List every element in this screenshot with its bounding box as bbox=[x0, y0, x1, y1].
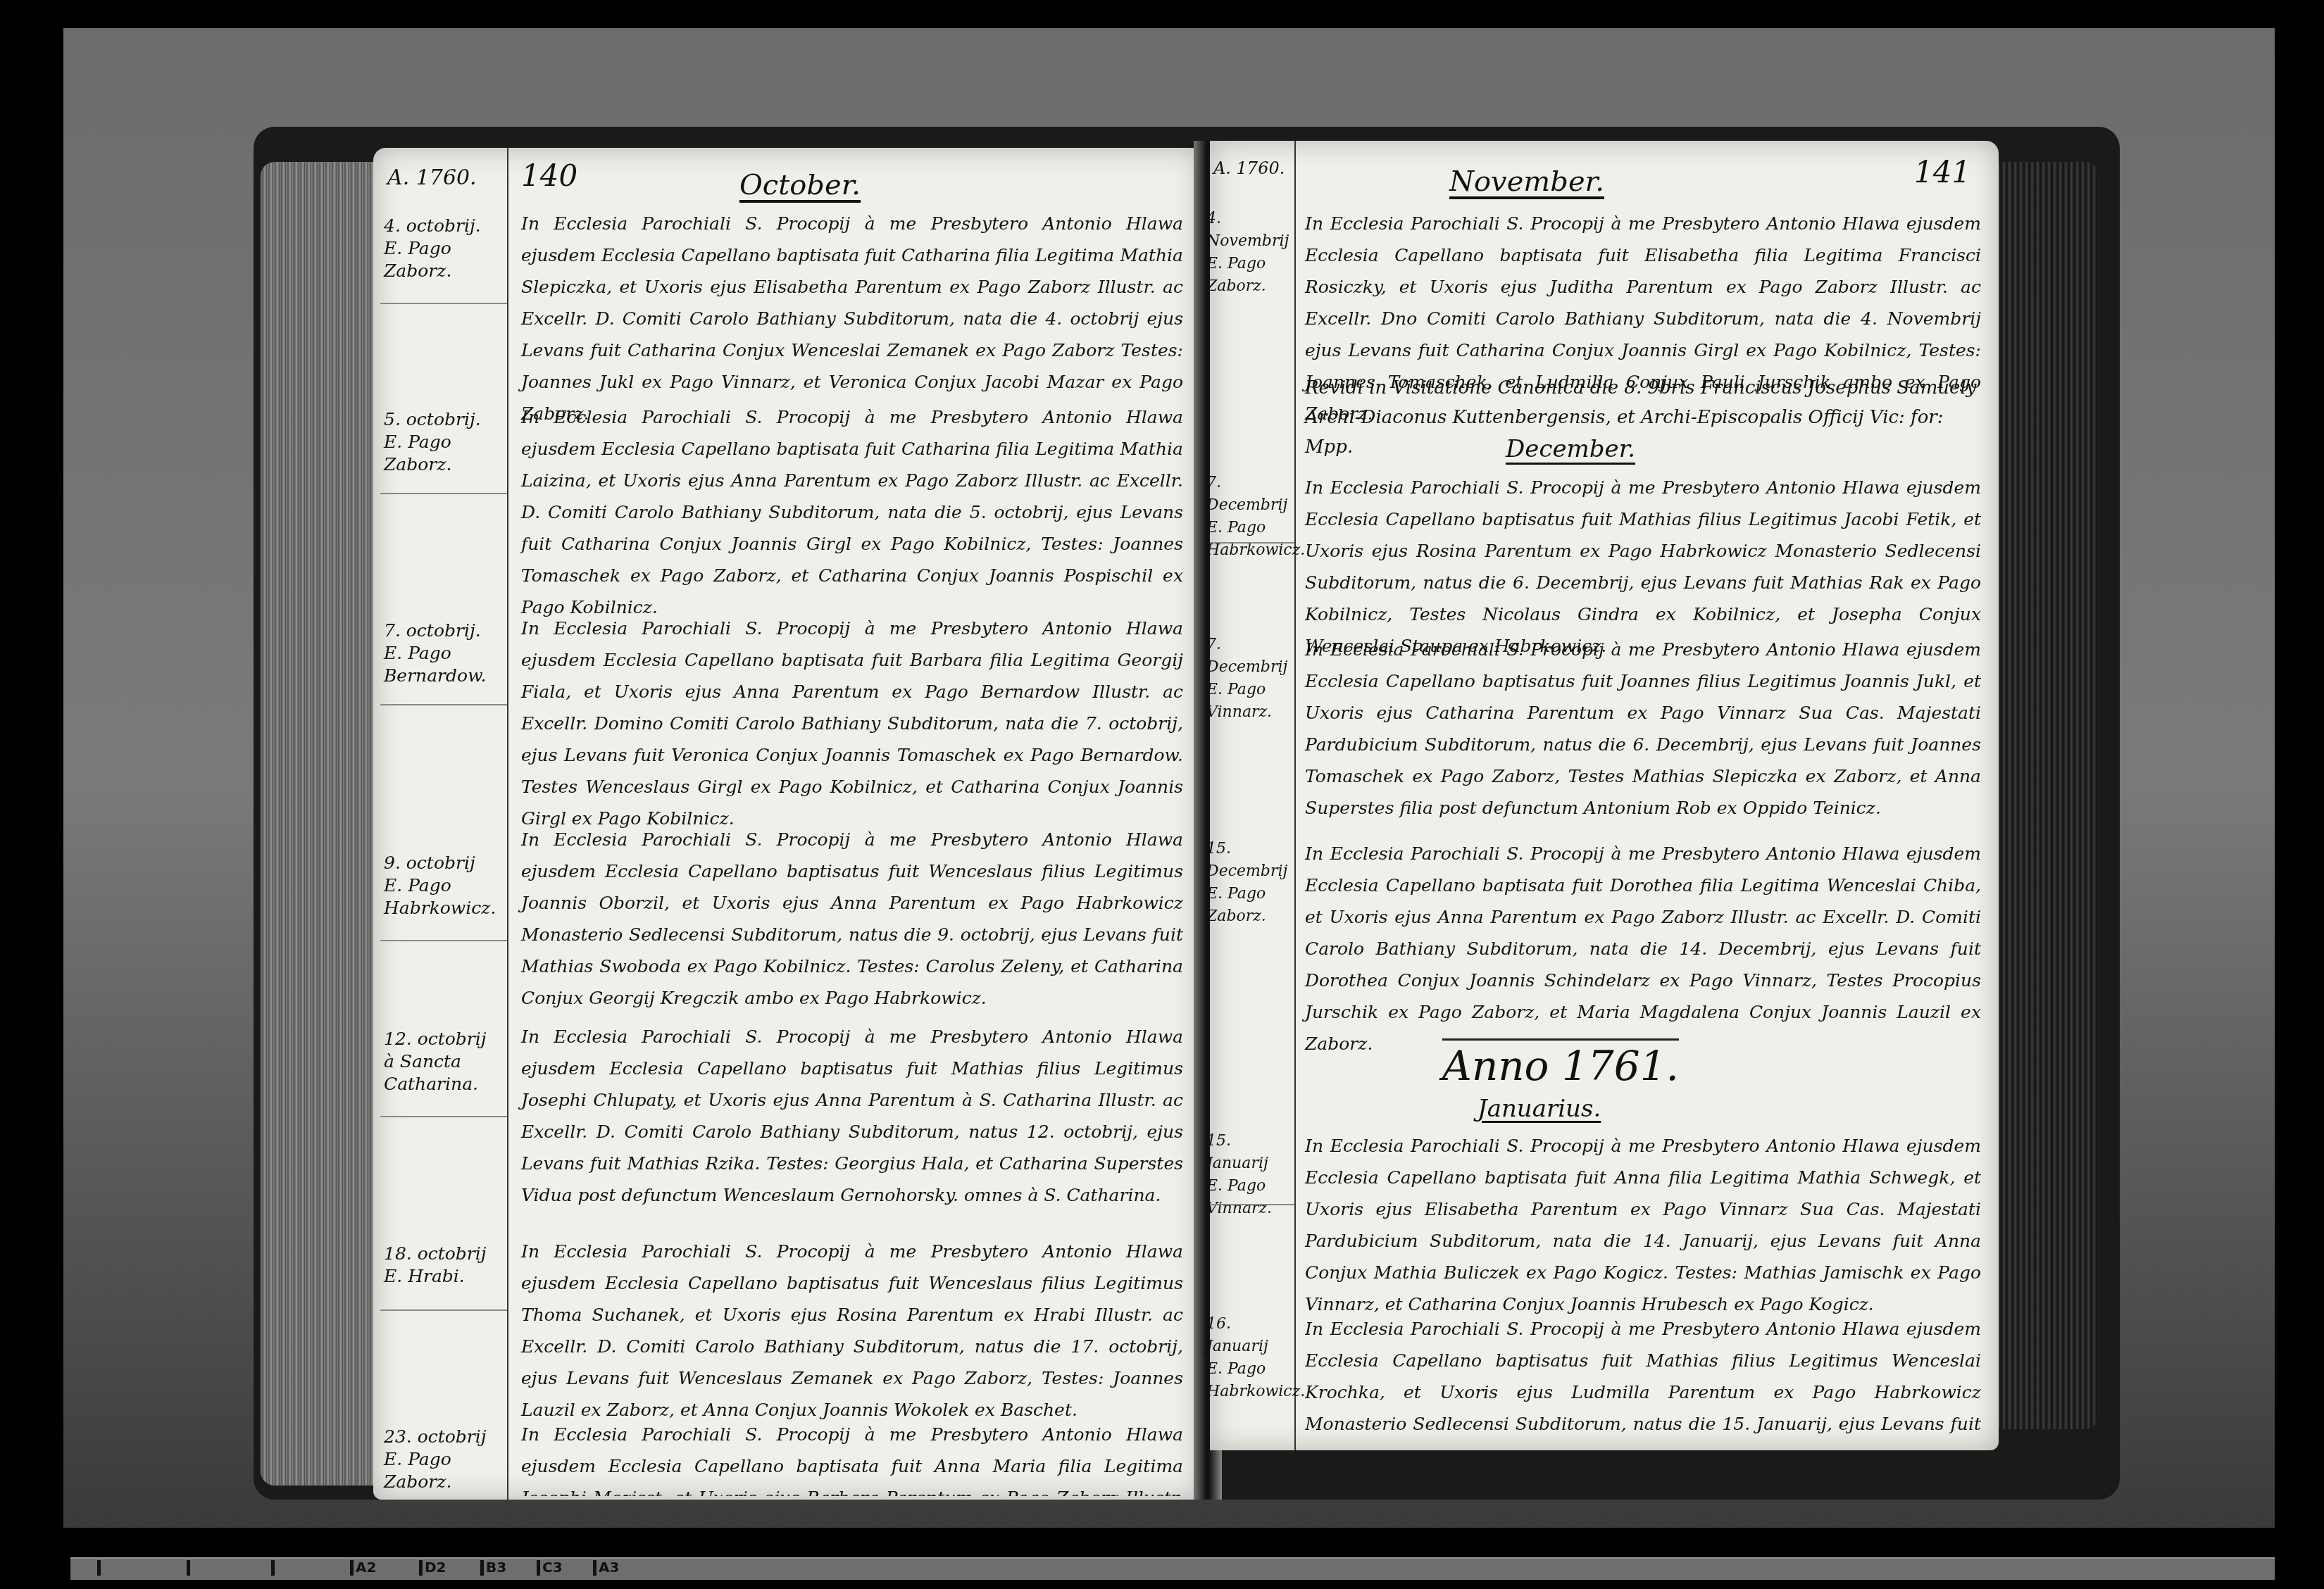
ruler-tick bbox=[419, 1560, 423, 1576]
ruler-tick bbox=[480, 1560, 484, 1576]
page-number: 141 bbox=[1914, 155, 1970, 189]
entry-text: In Ecclesia Parochiali S. Procopij à me … bbox=[521, 1236, 1183, 1426]
entry-text: In Ecclesia Parochiali S. Procopij à me … bbox=[521, 613, 1183, 834]
entry-date-place: 18. octobrij E. Hrabi. bbox=[384, 1243, 511, 1288]
ruler-tick bbox=[537, 1560, 540, 1576]
ruler-label: A2 bbox=[356, 1559, 376, 1576]
entry-text: In Ecclesia Parochiali S. Procopij à me … bbox=[521, 1021, 1183, 1211]
entry-date-place: 5. octobrij. E. Pago Zaborz. bbox=[384, 408, 511, 476]
entry-text: In Ecclesia Parochiali S. Procopij à me … bbox=[521, 824, 1183, 1014]
entry-date-place: 15. Decembrij E. Pago Zaborz. bbox=[1206, 838, 1294, 928]
entry-date-place: 4. octobrij. E. Pago Zaborz. bbox=[384, 215, 511, 282]
ruler-label: D2 bbox=[425, 1559, 446, 1576]
entry-divider bbox=[380, 303, 507, 304]
entry-divider bbox=[1210, 1204, 1294, 1205]
entry-text: In Ecclesia Parochiali S. Procopij à me … bbox=[521, 1419, 1183, 1496]
left-page: A. 1760. 140 October. 4. octobrij. E. Pa… bbox=[373, 148, 1201, 1500]
right-page: A. 1760. 141 November. 4. Novembrij E. P… bbox=[1210, 141, 1999, 1450]
month-heading-november: November. bbox=[1449, 165, 1604, 198]
page-number: 140 bbox=[521, 158, 577, 193]
entry-date-place: 16. Januarij E. Pago Habrkowicz. bbox=[1206, 1313, 1294, 1403]
ruler-label: B3 bbox=[486, 1559, 506, 1576]
page-edges-left bbox=[261, 162, 380, 1486]
ruler-tick bbox=[350, 1560, 354, 1576]
month-heading-januarius: Januarius. bbox=[1478, 1095, 1601, 1123]
page-edges-right bbox=[1993, 162, 2099, 1429]
margin-rule bbox=[1294, 141, 1296, 1450]
entry-divider bbox=[1210, 542, 1294, 544]
entry-divider bbox=[380, 704, 507, 705]
entry-text: In Ecclesia Parochiali S. Procopij à me … bbox=[1305, 838, 1981, 1060]
entry-date-place: 7. Decembrij E. Pago Vinnarz. bbox=[1206, 634, 1294, 724]
ruler-tick bbox=[97, 1560, 101, 1576]
entry-date-place: 4. Novembrij E. Pago Zaborz. bbox=[1206, 208, 1294, 298]
entry-text: In Ecclesia Parochiali S. Procopij à me … bbox=[1305, 1130, 1981, 1320]
entry-divider bbox=[380, 1309, 507, 1311]
month-heading-december: December. bbox=[1506, 435, 1635, 463]
scan-calibration-ruler: A2 D2 B3 C3 A3 bbox=[70, 1557, 2275, 1580]
entry-text: In Ecclesia Parochiali S. Procopij à me … bbox=[521, 208, 1183, 429]
entry-date-place: 12. octobrij à Sancta Catharina. bbox=[384, 1028, 511, 1095]
ruler-tick bbox=[187, 1560, 190, 1576]
month-heading: October. bbox=[739, 169, 861, 201]
ruler-label: C3 bbox=[542, 1559, 563, 1576]
entry-date-place: 15. Januarij E. Pago Vinnarz. bbox=[1206, 1130, 1294, 1220]
entry-divider bbox=[380, 493, 507, 494]
entry-date-place: 9. octobrij E. Pago Habrkowicz. bbox=[384, 852, 511, 919]
entry-divider bbox=[380, 940, 507, 941]
year-label: A. 1760. bbox=[1213, 158, 1285, 178]
margin-rule bbox=[507, 148, 508, 1500]
visitation-note: Revidi in Visitatione Canonica die 8. 9b… bbox=[1305, 373, 1981, 462]
entry-date-place: 7. octobrij. E. Pago Bernardow. bbox=[384, 620, 511, 687]
anno-heading: Anno 1761. bbox=[1442, 1038, 1679, 1090]
entry-text: In Ecclesia Parochiali S. Procopij à me … bbox=[1305, 634, 1981, 824]
ruler-tick bbox=[271, 1560, 275, 1576]
ruler-label: A3 bbox=[599, 1559, 619, 1576]
entry-text: In Ecclesia Parochiali S. Procopij à me … bbox=[521, 401, 1183, 623]
entry-date-place: 23. octobrij E. Pago Zaborz. bbox=[384, 1426, 511, 1493]
entry-divider bbox=[380, 1116, 507, 1117]
ruler-tick bbox=[593, 1560, 596, 1576]
year-label: A. 1760. bbox=[387, 165, 477, 190]
entry-text: In Ecclesia Parochiali S. Procopij à me … bbox=[1305, 1313, 1981, 1440]
entry-date-place: 7. Decembrij E. Pago Habrkowicz. bbox=[1206, 472, 1294, 562]
